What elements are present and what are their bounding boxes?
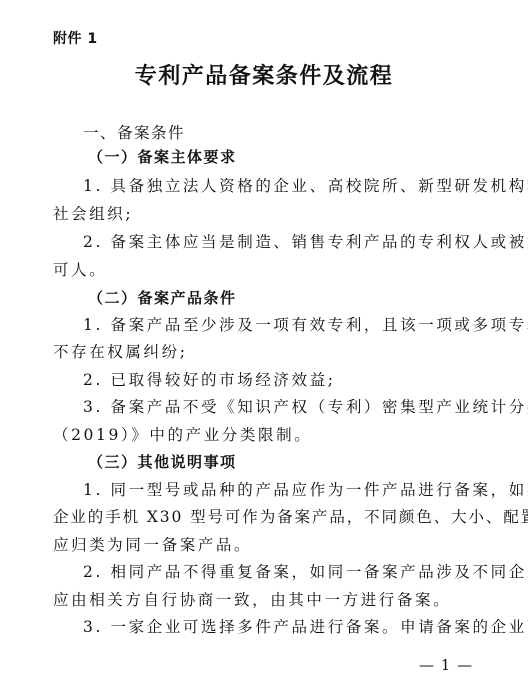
paragraph-line: 2. 相同产品不得重复备案，如同一备案产品涉及不同企业， [83, 562, 528, 582]
subsection-heading-subject-requirements: （一）备案主体要求 [88, 147, 237, 167]
paragraph-line: 1. 备案产品至少涉及一项有效专利，且该一项或多项专利 [83, 315, 528, 335]
subsection-heading-other-notes: （三）其他说明事项 [88, 452, 237, 472]
paragraph-line: 2. 已取得较好的市场经济效益; [83, 370, 336, 390]
paragraph-line: 3. 一家企业可选择多件产品进行备案。申请备案的企业可 [83, 617, 528, 637]
document-page: 附件 1 专利产品备案条件及流程 一、备案条件 （一）备案主体要求 1. 具备独… [0, 0, 528, 695]
paragraph-line: 可人。 [53, 260, 107, 280]
paragraph-line: 社会组织; [53, 204, 133, 224]
paragraph-line: 1. 同一型号或品种的产品应作为一件产品进行备案，如某 [83, 480, 528, 500]
section-heading-filing-conditions: 一、备案条件 [83, 123, 185, 143]
paragraph-line: 2. 备案主体应当是制造、销售专利产品的专利权人或被许 [83, 232, 528, 252]
document-title: 专利产品备案条件及流程 [0, 62, 528, 90]
paragraph-line: 企业的手机 X30 型号可作为备案产品，不同颜色、大小、配置等 [53, 507, 528, 527]
paragraph-line: 3. 备案产品不受《知识产权（专利）密集型产业统计分类 [83, 397, 528, 417]
paragraph-line: （2019）》中的产业分类限制。 [53, 425, 312, 445]
paragraph-line: 不存在权属纠纷; [53, 342, 188, 362]
subsection-heading-product-conditions: （二）备案产品条件 [88, 288, 237, 308]
paragraph-line: 应由相关方自行协商一致，由其中一方进行备案。 [53, 590, 451, 610]
paragraph-line: 应归类为同一备案产品。 [53, 535, 252, 555]
page-number: — 1 — [419, 655, 473, 675]
paragraph-line: 1. 具备独立法人资格的企业、高校院所、新型研发机构和 [83, 176, 528, 196]
attachment-label: 附件 1 [53, 29, 98, 49]
